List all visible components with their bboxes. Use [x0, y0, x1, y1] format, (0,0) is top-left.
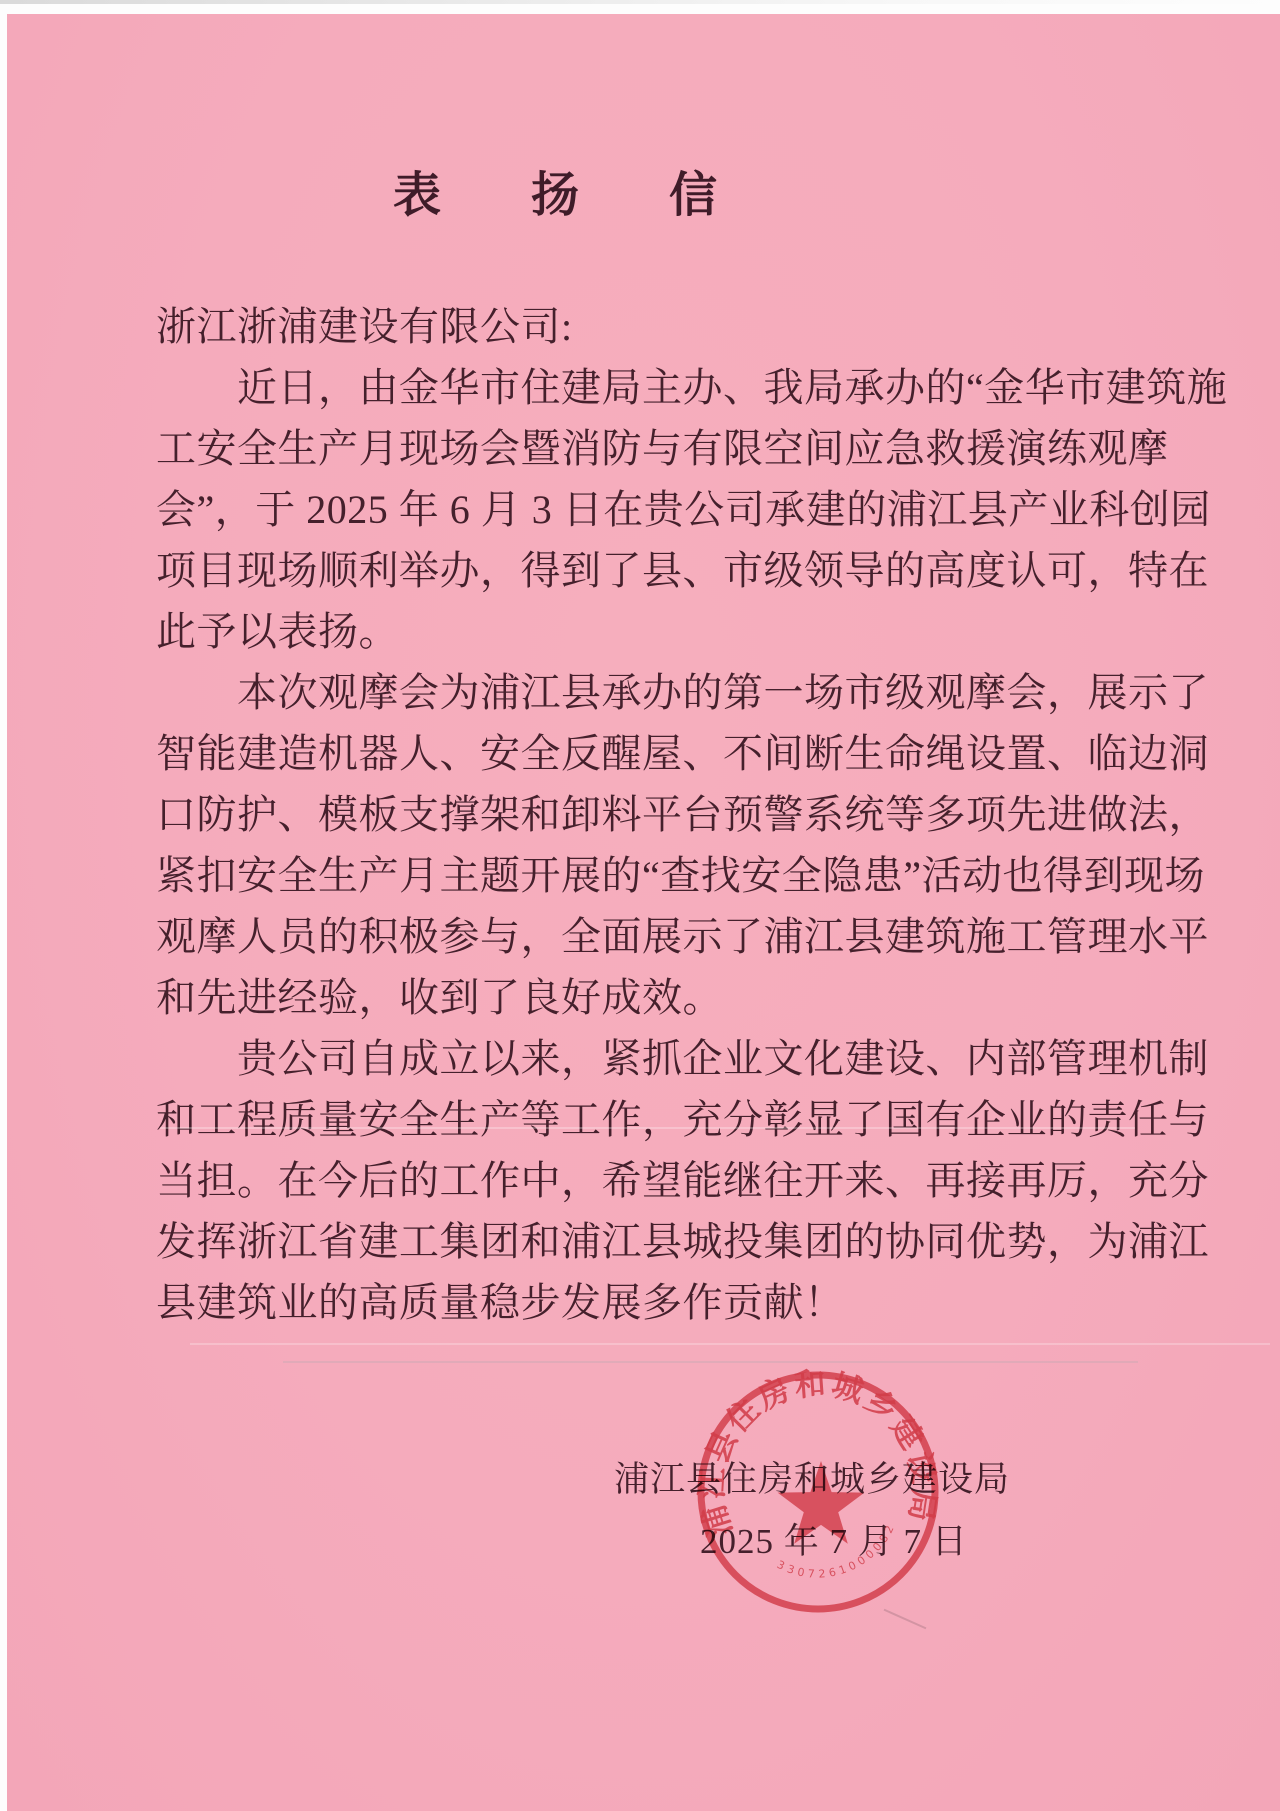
- letter-line: 项目现场顺利举办，得到了县、市级领导的高度认可，特在: [156, 540, 1146, 601]
- letter-line: 会”，于 2025 年 6 月 3 日在贵公司承建的浦江县产业科创园: [156, 479, 1146, 540]
- letter-line: 观摩人员的积极参与，全面展示了浦江县建筑施工管理水平: [156, 906, 1146, 967]
- letter-line: 发挥浙江省建工集团和浦江县城投集团的协同优势，为浦江: [156, 1211, 1146, 1272]
- letter-line: 此予以表扬。: [156, 601, 1146, 662]
- letter-line: 县建筑业的高质量稳步发展多作贡献！: [156, 1272, 1146, 1333]
- letter-line: 紧扣安全生产月主题开展的“查找安全隐患”活动也得到现场: [156, 845, 1146, 906]
- salutation-line: 浙江浙浦建设有限公司:: [156, 296, 1146, 357]
- letter-title: 表 扬 信: [393, 156, 738, 225]
- letter-line: 本次观摩会为浦江县承办的第一场市级观摩会，展示了: [156, 662, 1146, 723]
- scan-streak: [283, 1361, 1138, 1363]
- letter-line: 当担。在今后的工作中，希望能继往开来、再接再厉，充分: [156, 1150, 1146, 1211]
- official-seal: 浦江县住房和城乡建设局 3307261000082: [693, 1367, 943, 1617]
- letter-line: 贵公司自成立以来，紧抓企业文化建设、内部管理机制: [156, 1028, 1146, 1089]
- letter-line: 口防护、模板支撑架和卸料平台预警系统等多项先进做法，: [156, 784, 1146, 845]
- letter-line: 工安全生产月现场会暨消防与有限空间应急救援演练观摩: [156, 418, 1146, 479]
- scan-streak: [190, 1343, 1270, 1345]
- letter-line: 智能建造机器人、安全反醒屋、不间断生命绳设置、临边洞: [156, 723, 1146, 784]
- letter-line: 和工程质量安全生产等工作，充分彰显了国有企业的责任与: [156, 1089, 1146, 1150]
- red-star-icon: [778, 1461, 865, 1544]
- letter-line: 近日，由金华市住建局主办、我局承办的“金华市建筑施: [156, 357, 1146, 418]
- scanned-letter-page: 表 扬 信 浙江浙浦建设有限公司: 近日，由金华市住建局主办、我局承办的“金华市…: [0, 0, 1280, 1811]
- letter-body: 浙江浙浦建设有限公司: 近日，由金华市住建局主办、我局承办的“金华市建筑施 工安…: [156, 296, 1146, 1333]
- scan-streak: [160, 1127, 1135, 1129]
- scan-edge-artifact: [0, 0, 1280, 4]
- letter-line: 和先进经验，收到了良好成效。: [156, 967, 1146, 1028]
